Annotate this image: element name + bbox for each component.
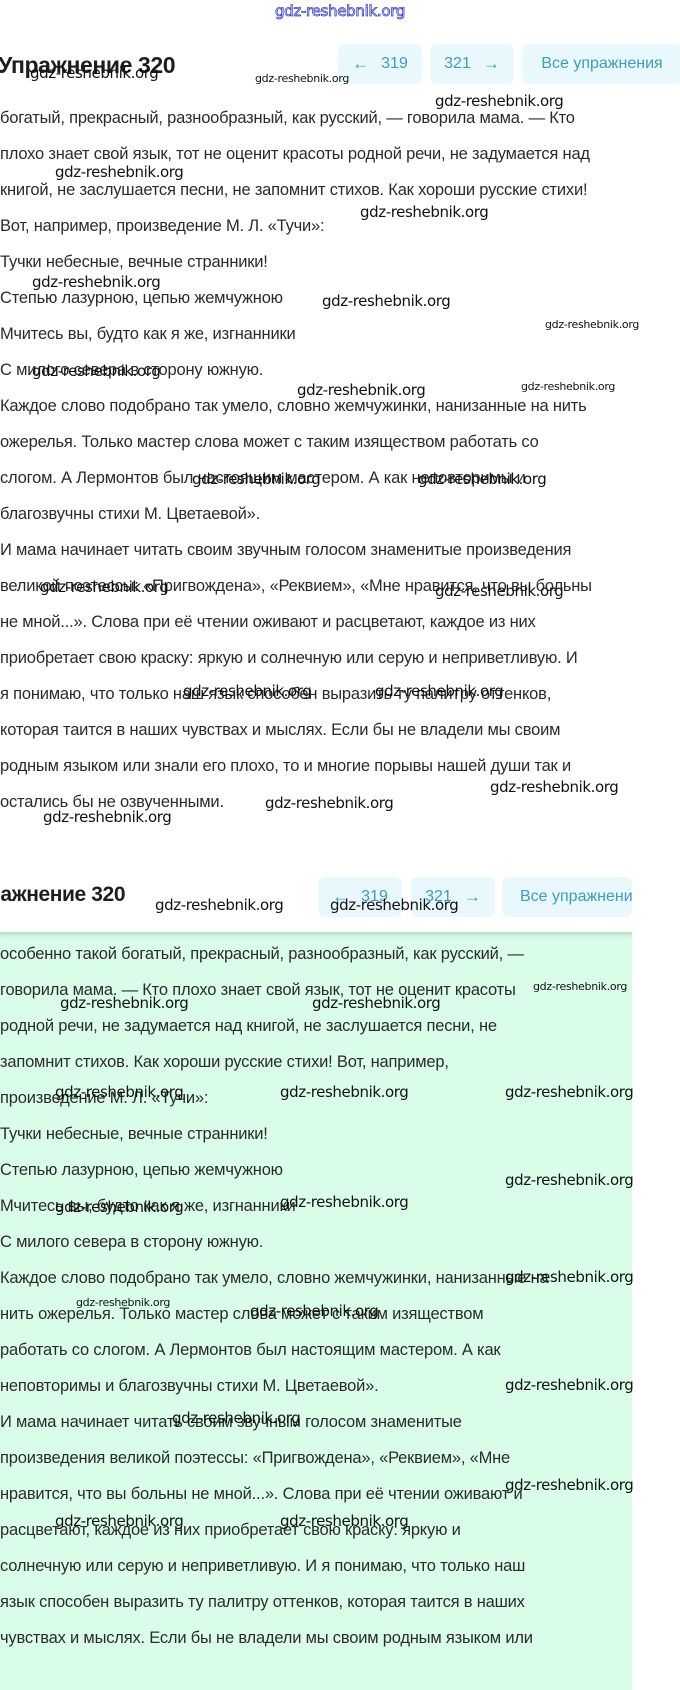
watermark-text: gdz-reshebnik.org — [43, 808, 171, 826]
text-line: которая таится в наших чувствах и мыслях… — [0, 712, 680, 748]
watermark-text: gdz-reshebnik.org — [505, 1083, 633, 1101]
text-line: И мама начинает читать своим звучным гол… — [0, 532, 680, 568]
page-title-repeat: ражнение 320 — [0, 883, 125, 907]
text-line: я понимаю, что только наш язык способен … — [0, 676, 680, 712]
text-line: богатый, прекрасный, разнообразный, как … — [0, 100, 680, 136]
watermark-text: gdz-reshebnik.org — [55, 1198, 183, 1216]
watermark-text: gdz-reshebnik.org — [255, 72, 349, 85]
prev-exercise-button[interactable]: ← 319 — [338, 44, 422, 84]
watermark-text: gdz-reshebnik.org — [505, 1476, 633, 1494]
all-exercises-label: Все упражнени — [520, 888, 632, 906]
text-line: работать со слогом. А Лермонтов был наст… — [0, 1332, 632, 1368]
watermark-text: gdz-reshebnik.org — [322, 292, 450, 310]
text-line: благозвучны стихи М. Цветаевой». — [0, 496, 680, 532]
text-line: И мама начинает читать своим звучным гол… — [0, 1404, 632, 1440]
text-line: язык способен выразить ту палитру оттенк… — [0, 1584, 632, 1620]
watermark-text: gdz-reshebnik.org — [505, 1268, 633, 1286]
text-line: солнечную или серую и неприветливую. И я… — [0, 1548, 632, 1584]
next-exercise-button[interactable]: 321 → — [430, 44, 514, 84]
watermark-text: gdz-reshebnik.org — [312, 994, 440, 1012]
watermark-text: gdz-reshebnik.org — [192, 470, 320, 488]
watermark-text: gdz-reshebnik.org — [533, 980, 627, 993]
text-line: произведения великой поэтессы: «Пригвожд… — [0, 1440, 632, 1476]
text-line: Вот, например, произведение М. Л. «Тучи»… — [0, 208, 680, 244]
watermark-text: gdz-reshebnik.org — [435, 582, 563, 600]
watermark-text: gdz-reshebnik.org — [297, 381, 425, 399]
watermark-text: gdz-reshebnik.org — [375, 682, 503, 700]
text-line: особенно такой богатый, прекрасный, разн… — [0, 936, 632, 972]
answer-text: богатый, прекрасный, разнообразный, как … — [0, 100, 680, 820]
watermark-text: gdz-reshebnik.org — [418, 470, 546, 488]
watermark-text: gdz-reshebnik.org — [545, 318, 639, 331]
all-exercises-label: Все упражнения — [541, 55, 662, 73]
watermark-text: gdz-reshebnik.org — [435, 92, 563, 110]
text-line: чувствах и мыслях. Если бы не владели мы… — [0, 1620, 632, 1656]
watermark-text: gdz-reshebnik.org — [265, 794, 393, 812]
text-line: С милого севера в сторону южную. — [0, 1224, 632, 1260]
text-line: родной речи, не задумается над книгой, н… — [0, 1008, 632, 1044]
watermark-text: gdz-reshebnik.org — [32, 273, 160, 291]
watermark-text: gdz-reshebnik.org — [330, 896, 458, 914]
text-line: не мной...». Слова при её чтении оживают… — [0, 604, 680, 640]
watermark-text: gdz-reshebnik.org — [40, 578, 168, 596]
site-logo[interactable]: gdz-reshebnik.org — [0, 2, 680, 20]
watermark-text: gdz-reshebnik.org — [32, 362, 160, 380]
watermark-text: gdz-reshebnik.org — [60, 994, 188, 1012]
text-line: слогом. А Лермонтов был настоящим мастер… — [0, 460, 680, 496]
watermark-text: gdz-reshebnik.org — [505, 1171, 633, 1189]
arrow-right-icon: → — [464, 887, 481, 907]
watermark-text: gdz-reshebnik.org — [505, 1376, 633, 1394]
watermark-text: gdz-reshebnik.org — [172, 1409, 300, 1427]
text-line: Тучки небесные, вечные странники! — [0, 1116, 632, 1152]
watermark-text: gdz-reshebnik.org — [30, 64, 158, 82]
watermark-text: gdz-reshebnik.org — [521, 380, 615, 393]
all-exercises-button[interactable]: Все упражнения — [522, 44, 680, 84]
watermark-text: gdz-reshebnik.org — [280, 1083, 408, 1101]
text-line: запомнит стихов. Как хороши русские стих… — [0, 1044, 632, 1080]
watermark-text: gdz-reshebnik.org — [183, 682, 311, 700]
watermark-text: gdz-reshebnik.org — [55, 163, 183, 181]
text-line: ожерелья. Только мастер слова может с та… — [0, 424, 680, 460]
next-exercise-label: 321 — [444, 55, 471, 73]
watermark-text: gdz-reshebnik.org — [250, 1302, 378, 1320]
watermark-text: gdz-reshebnik.org — [280, 1193, 408, 1211]
arrow-right-icon: → — [483, 54, 500, 74]
text-line: приобретает свою краску: яркую и солнечн… — [0, 640, 680, 676]
all-exercises-button-repeat[interactable]: Все упражнени — [502, 877, 632, 917]
watermark-text: gdz-reshebnik.org — [55, 1083, 183, 1101]
watermark-text: gdz-reshebnik.org — [280, 1512, 408, 1530]
prev-exercise-label: 319 — [381, 55, 408, 73]
watermark-text: gdz-reshebnik.org — [360, 203, 488, 221]
watermark-text: gdz-reshebnik.org — [155, 896, 283, 914]
watermark-text: gdz-reshebnik.org — [76, 1296, 170, 1309]
arrow-left-icon: ← — [352, 54, 369, 74]
watermark-text: gdz-reshebnik.org — [55, 1512, 183, 1530]
watermark-text: gdz-reshebnik.org — [490, 778, 618, 796]
